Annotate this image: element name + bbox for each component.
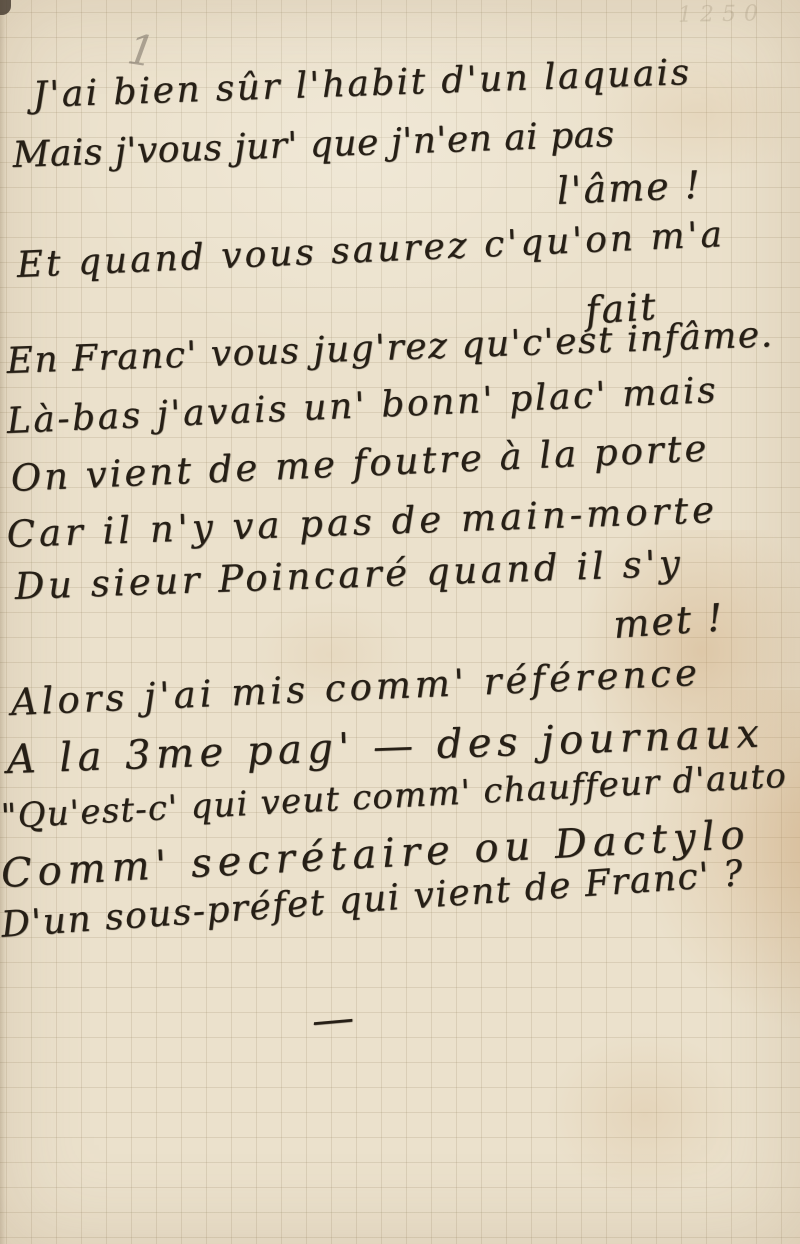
handwritten-line: Et quand vous saurez c'qu'on m'a (16, 217, 726, 284)
manuscript-page: 1 1250 J'ai bien sûr l'habit d'un laquai… (0, 0, 800, 1244)
scan-edge-shadow (0, 0, 6, 1244)
handwritten-line: l'âme ! (556, 166, 703, 210)
handwritten-dash: — (310, 996, 356, 1042)
corner-ink-mark (0, 0, 11, 15)
handwritten-line: On vient de me foutre à la porte (10, 430, 710, 497)
foxing-stain (545, 1030, 745, 1200)
handwritten-line: met ! (612, 598, 726, 644)
pencil-corner-inscription: 1250 (678, 1, 766, 28)
handwritten-line: En Franc' vous jug'rez qu'c'est infâme. (6, 317, 774, 380)
handwritten-line: Du sieur Poincaré quand il s'y (14, 545, 684, 605)
pencil-page-number: 1 (124, 24, 158, 77)
handwritten-line: Alors j'ai mis comm' référence (10, 654, 702, 721)
handwritten-line: Mais j'vous jur' que j'n'en ai pas (12, 117, 615, 174)
